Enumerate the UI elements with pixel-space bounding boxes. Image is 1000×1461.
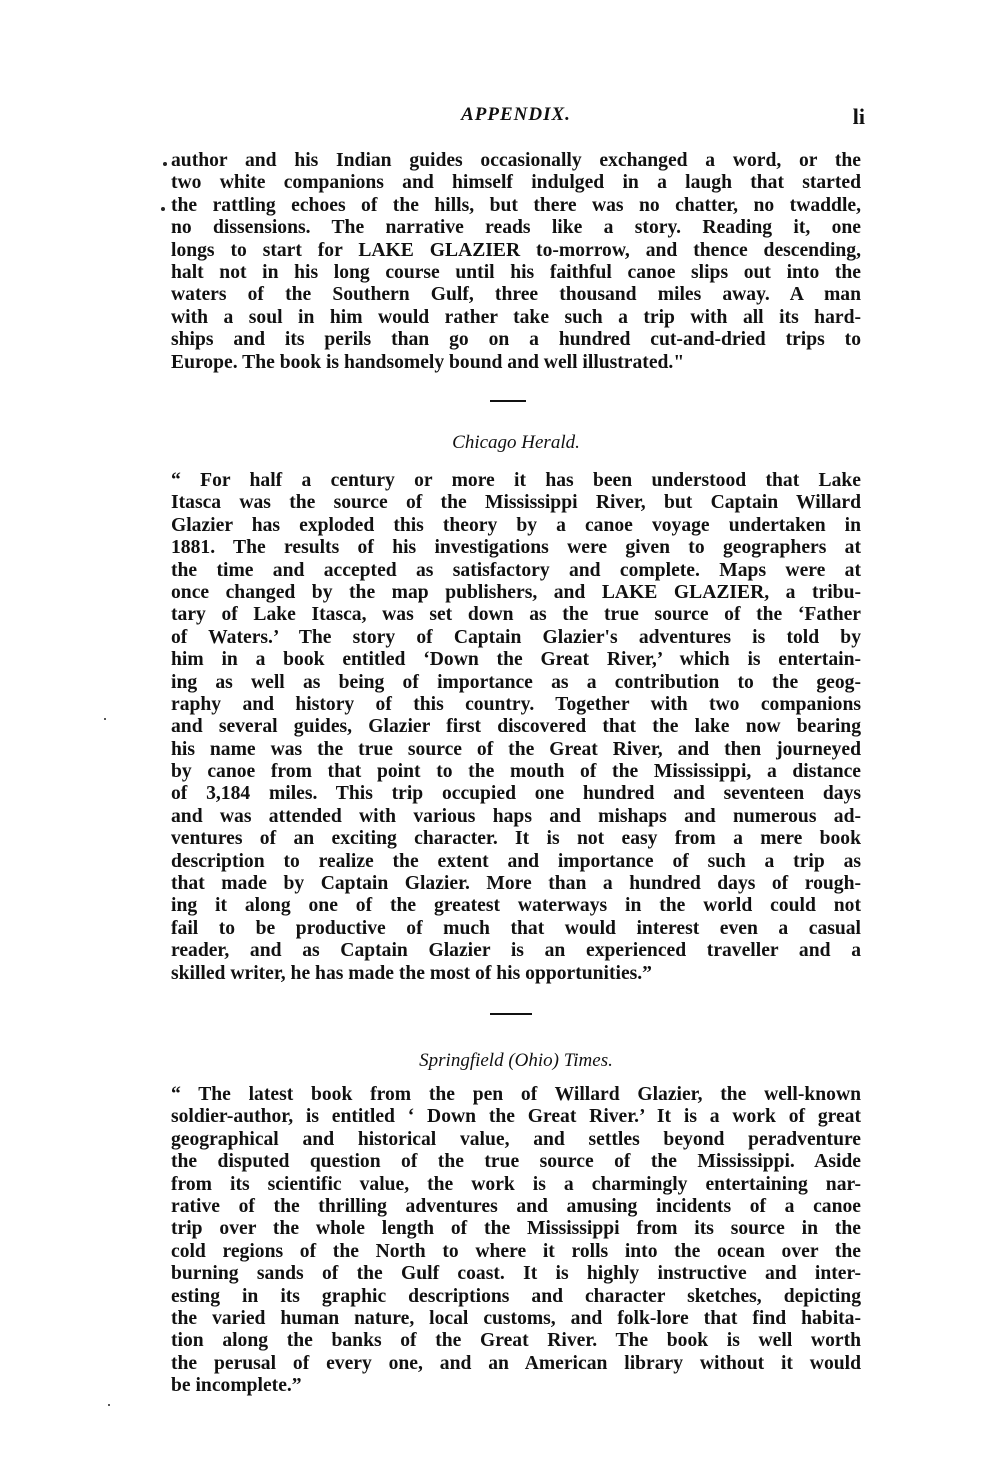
text-line: Glazier has exploded this theory by a ca…	[171, 515, 861, 537]
text-line: ventures of an exciting character. It is…	[171, 828, 861, 850]
text-line: the varied human nature, local customs, …	[171, 1308, 861, 1330]
running-head: APPENDIX. li	[171, 104, 861, 132]
review-paragraph: “ The latest book from the pen of Willar…	[171, 1084, 861, 1397]
text-line: of Waters.’ The story of Captain Glazier…	[171, 627, 861, 649]
text-line: geographical and historical value, and s…	[171, 1129, 861, 1151]
text-line: rative of the thrilling adventures and a…	[171, 1196, 861, 1218]
text-line: burning sands of the Gulf coast. It is h…	[171, 1263, 861, 1285]
text-line: him in a book entitled ‘Down the Great R…	[171, 649, 861, 671]
text-line: 1881. The results of his investigations …	[171, 537, 861, 559]
text-line: Itasca was the source of the Mississippi…	[171, 492, 861, 514]
text-line: be incomplete.”	[171, 1375, 861, 1397]
text-line: fail to be productive of much that would…	[171, 918, 861, 940]
book-page: APPENDIX. li author and his Indian guide…	[0, 0, 1000, 1461]
text-line: waters of the Southern Gulf, three thous…	[171, 284, 861, 306]
text-line: from its scientific value, the work is a…	[171, 1174, 861, 1196]
page-number: li	[853, 104, 865, 130]
running-title: APPENDIX.	[171, 104, 861, 126]
text-line: Europe. The book is handsomely bound and…	[171, 352, 861, 374]
review-paragraph: “ For half a century or more it has been…	[171, 470, 861, 985]
text-line: of 3,184 miles. This trip occupied one h…	[171, 783, 861, 805]
text-line: tary of Lake Itasca, was set down as the…	[171, 604, 861, 626]
text-line: soldier-author, is entitled ‘ Down the G…	[171, 1106, 861, 1128]
text-line: that made by Captain Glazier. More than …	[171, 873, 861, 895]
review-source-title: Springfield (Ohio) Times.	[171, 1050, 861, 1072]
text-line: skilled writer, he has made the most of …	[171, 963, 861, 985]
text-line: ing as well as being of importance as a …	[171, 672, 861, 694]
scan-speck	[163, 162, 167, 166]
text-line: trip over the whole length of the Missis…	[171, 1218, 861, 1240]
review-source-title: Chicago Herald.	[171, 432, 861, 454]
section-divider	[490, 400, 526, 402]
text-line: the disputed question of the true source…	[171, 1151, 861, 1173]
text-line: halt not in his long course until his fa…	[171, 262, 861, 284]
text-line: “ For half a century or more it has been…	[171, 470, 861, 492]
scan-speck	[108, 1404, 110, 1406]
text-line: raphy and history of this country. Toget…	[171, 694, 861, 716]
scan-speck	[104, 718, 106, 720]
text-line: author and his Indian guides occasionall…	[171, 150, 861, 172]
text-line: the perusal of every one, and an America…	[171, 1353, 861, 1375]
section-divider	[490, 1013, 532, 1015]
text-line: with a soul in him would rather take suc…	[171, 307, 861, 329]
text-line: the rattling echoes of the hills, but th…	[171, 195, 861, 217]
text-line: the time and accepted as satisfactory an…	[171, 560, 861, 582]
text-line: tion along the banks of the Great River.…	[171, 1330, 861, 1352]
text-line: cold regions of the North to where it ro…	[171, 1241, 861, 1263]
text-line: and was attended with various haps and m…	[171, 806, 861, 828]
text-line: longs to start for LAKE GLAZIER to-morro…	[171, 240, 861, 262]
text-line: by canoe from that point to the mouth of…	[171, 761, 861, 783]
text-line: description to realize the extent and im…	[171, 851, 861, 873]
scan-speck	[161, 207, 165, 211]
text-line: no dissensions. The narrative reads like…	[171, 217, 861, 239]
text-line: once changed by the map publishers, and …	[171, 582, 861, 604]
text-line: and several guides, Glazier first discov…	[171, 716, 861, 738]
text-line: reader, and as Captain Glazier is an exp…	[171, 940, 861, 962]
text-line: esting in its graphic descriptions and c…	[171, 1286, 861, 1308]
text-line: ships and its perils than go on a hundre…	[171, 329, 861, 351]
continuation-paragraph: author and his Indian guides occasionall…	[171, 150, 861, 374]
text-line: his name was the true source of the Grea…	[171, 739, 861, 761]
text-line: two white companions and himself indulge…	[171, 172, 861, 194]
text-line: “ The latest book from the pen of Willar…	[171, 1084, 861, 1106]
text-line: ing it along one of the greatest waterwa…	[171, 895, 861, 917]
